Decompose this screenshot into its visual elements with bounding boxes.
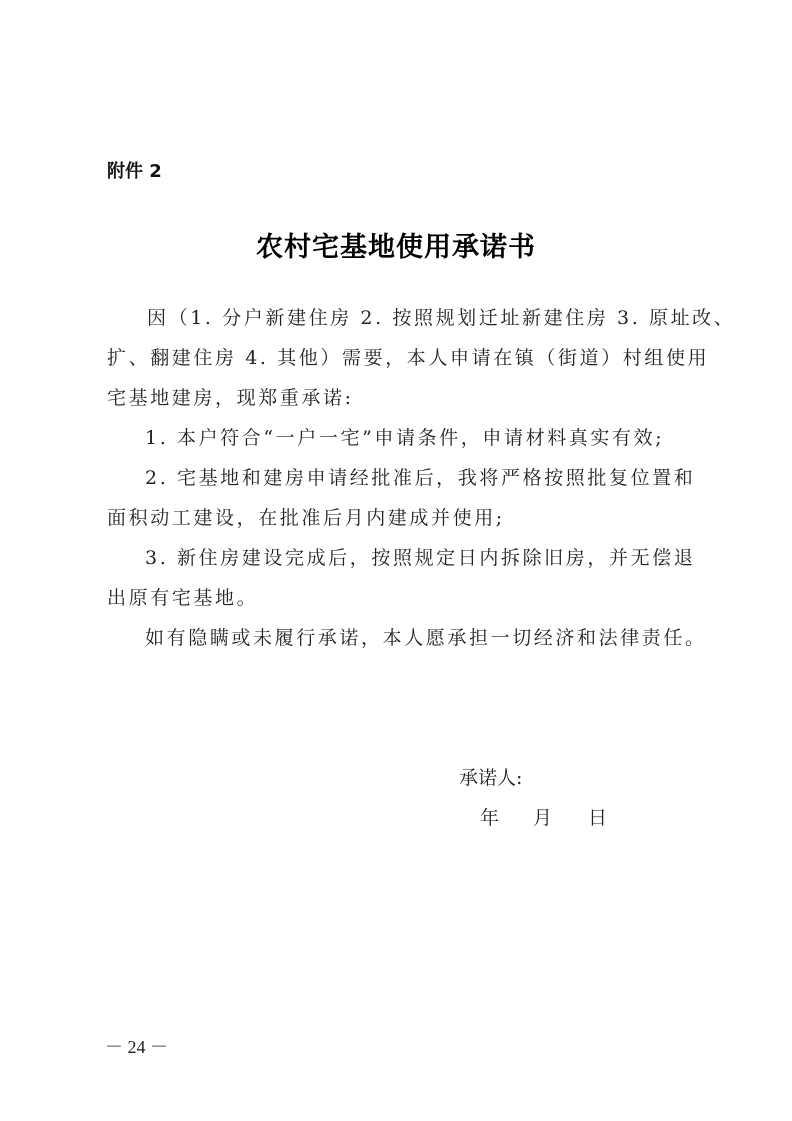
closing-statement: 如有隐瞒或未履行承诺，本人愿承担一切经济和法律责任。 xyxy=(145,623,707,650)
intro-line-3: 宅基地建房，现郑重承诺: xyxy=(107,383,354,410)
document-page: 附件 2 农村宅基地使用承诺书 因（1. 分户新建住房 2. 按照规划迁址新建住… xyxy=(0,0,792,1121)
commitment-1-line-1: 1. 本户符合“一户一宅”申请条件，申请材料真实有效; xyxy=(145,423,664,450)
signature-label: 承诺人: xyxy=(459,763,522,790)
attachment-label: 附件 2 xyxy=(107,157,162,183)
intro-line-1: 因（1. 分户新建住房 2. 按照规划迁址新建住房 3. 原址改、 xyxy=(147,303,735,330)
date-day: 日 xyxy=(588,803,607,830)
commitment-2-line-1: 2. 宅基地和建房申请经批准后，我将严格按照批复位置和 xyxy=(145,463,695,490)
date-month: 月 xyxy=(533,803,552,830)
commitment-3-line-2: 出原有宅基地。 xyxy=(107,583,258,610)
date-year: 年 xyxy=(480,803,499,830)
commitment-3-line-1: 3. 新住房建设完成后，按照规定日内拆除旧房，并无偿退 xyxy=(145,543,695,570)
commitment-2-line-2: 面积动工建设，在批准后月内建成并使用; xyxy=(107,503,505,530)
intro-line-2: 扩、翻建住房 4. 其他）需要，本人申请在镇（街道）村组使用 xyxy=(107,343,709,370)
page-number: － 24 － xyxy=(105,1033,168,1059)
document-title: 农村宅基地使用承诺书 xyxy=(0,225,792,264)
